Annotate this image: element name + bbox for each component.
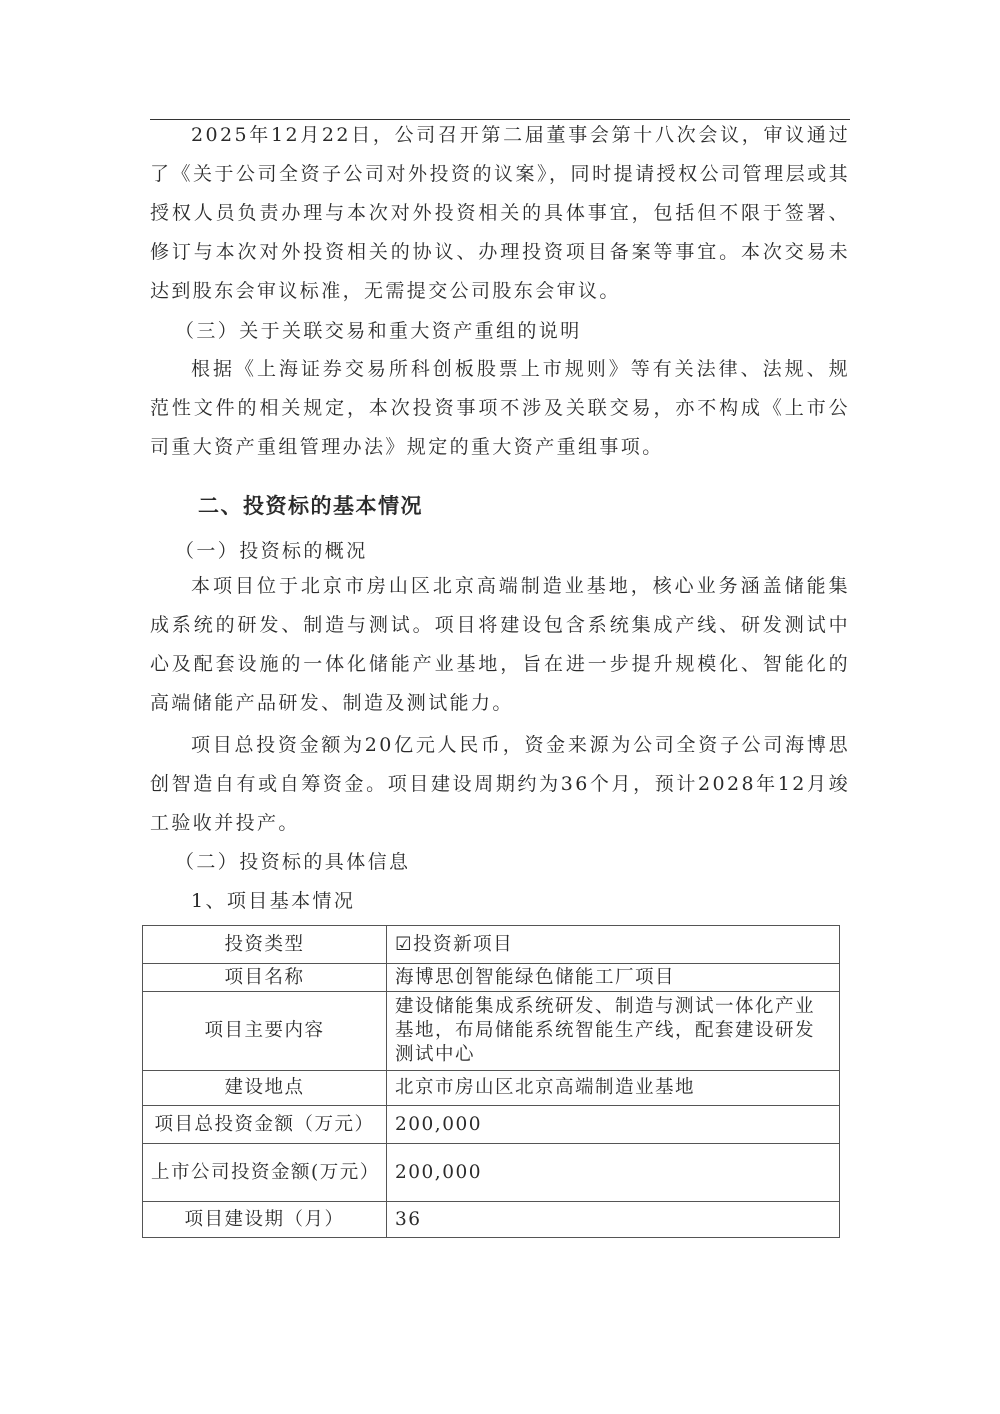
table-value: 建设储能集成系统研发、制造与测试一体化产业基地，布局储能系统智能生产线，配套建设… [387, 992, 840, 1071]
subheading-related-transactions: （三）关于关联交易和重大资产重组的说明 [175, 316, 582, 343]
table-value: 海博思创智能绿色储能工厂项目 [387, 964, 840, 992]
table-row: 项目总投资金额（万元） 200,000 [143, 1106, 840, 1144]
table-value: 36 [387, 1202, 840, 1238]
table-value: ☑投资新项目 [387, 926, 840, 964]
table-row: 项目主要内容 建设储能集成系统研发、制造与测试一体化产业基地，布局储能系统智能生… [143, 992, 840, 1071]
table-row: 建设地点 北京市房山区北京高端制造业基地 [143, 1071, 840, 1106]
subheading-target-overview: （一）投资标的概况 [175, 536, 368, 563]
table-row: 项目名称 海博思创智能绿色储能工厂项目 [143, 964, 840, 992]
table-key: 建设地点 [143, 1071, 387, 1106]
table-key: 投资类型 [143, 926, 387, 964]
table-value: 200,000 [387, 1106, 840, 1144]
table-value: 200,000 [387, 1144, 840, 1202]
project-info-table: 投资类型 ☑投资新项目 项目名称 海博思创智能绿色储能工厂项目 项目主要内容 建… [142, 925, 840, 1238]
section-heading-investment-target: 二、投资标的基本情况 [198, 490, 423, 520]
table-row: 项目建设期（月） 36 [143, 1202, 840, 1238]
table-key: 项目主要内容 [143, 992, 387, 1071]
paragraph-project-overview: 本项目位于北京市房山区北京高端制造业基地，核心业务涵盖储能集成系统的研发、制造与… [150, 567, 850, 723]
table-key: 项目建设期（月） [143, 1202, 387, 1238]
table-key: 上市公司投资金额(万元） [143, 1144, 387, 1202]
table-row: 投资类型 ☑投资新项目 [143, 926, 840, 964]
item-heading-project-basics: 1、项目基本情况 [191, 886, 355, 913]
table-row: 上市公司投资金额(万元） 200,000 [143, 1144, 840, 1202]
subheading-target-details: （二）投资标的具体信息 [175, 847, 410, 874]
table-key: 项目总投资金额（万元） [143, 1106, 387, 1144]
paragraph-investment-amount: 项目总投资金额为20亿元人民币，资金来源为公司全资子公司海博思创智造自有或自筹资… [150, 726, 850, 843]
table-key: 项目名称 [143, 964, 387, 992]
paragraph-board-approval: 2025年12月22日，公司召开第二届董事会第十八次会议，审议通过了《关于公司全… [150, 116, 850, 311]
table-value: 北京市房山区北京高端制造业基地 [387, 1071, 840, 1106]
paragraph-related-transactions: 根据《上海证券交易所科创板股票上市规则》等有关法律、法规、规范性文件的相关规定，… [150, 350, 850, 467]
